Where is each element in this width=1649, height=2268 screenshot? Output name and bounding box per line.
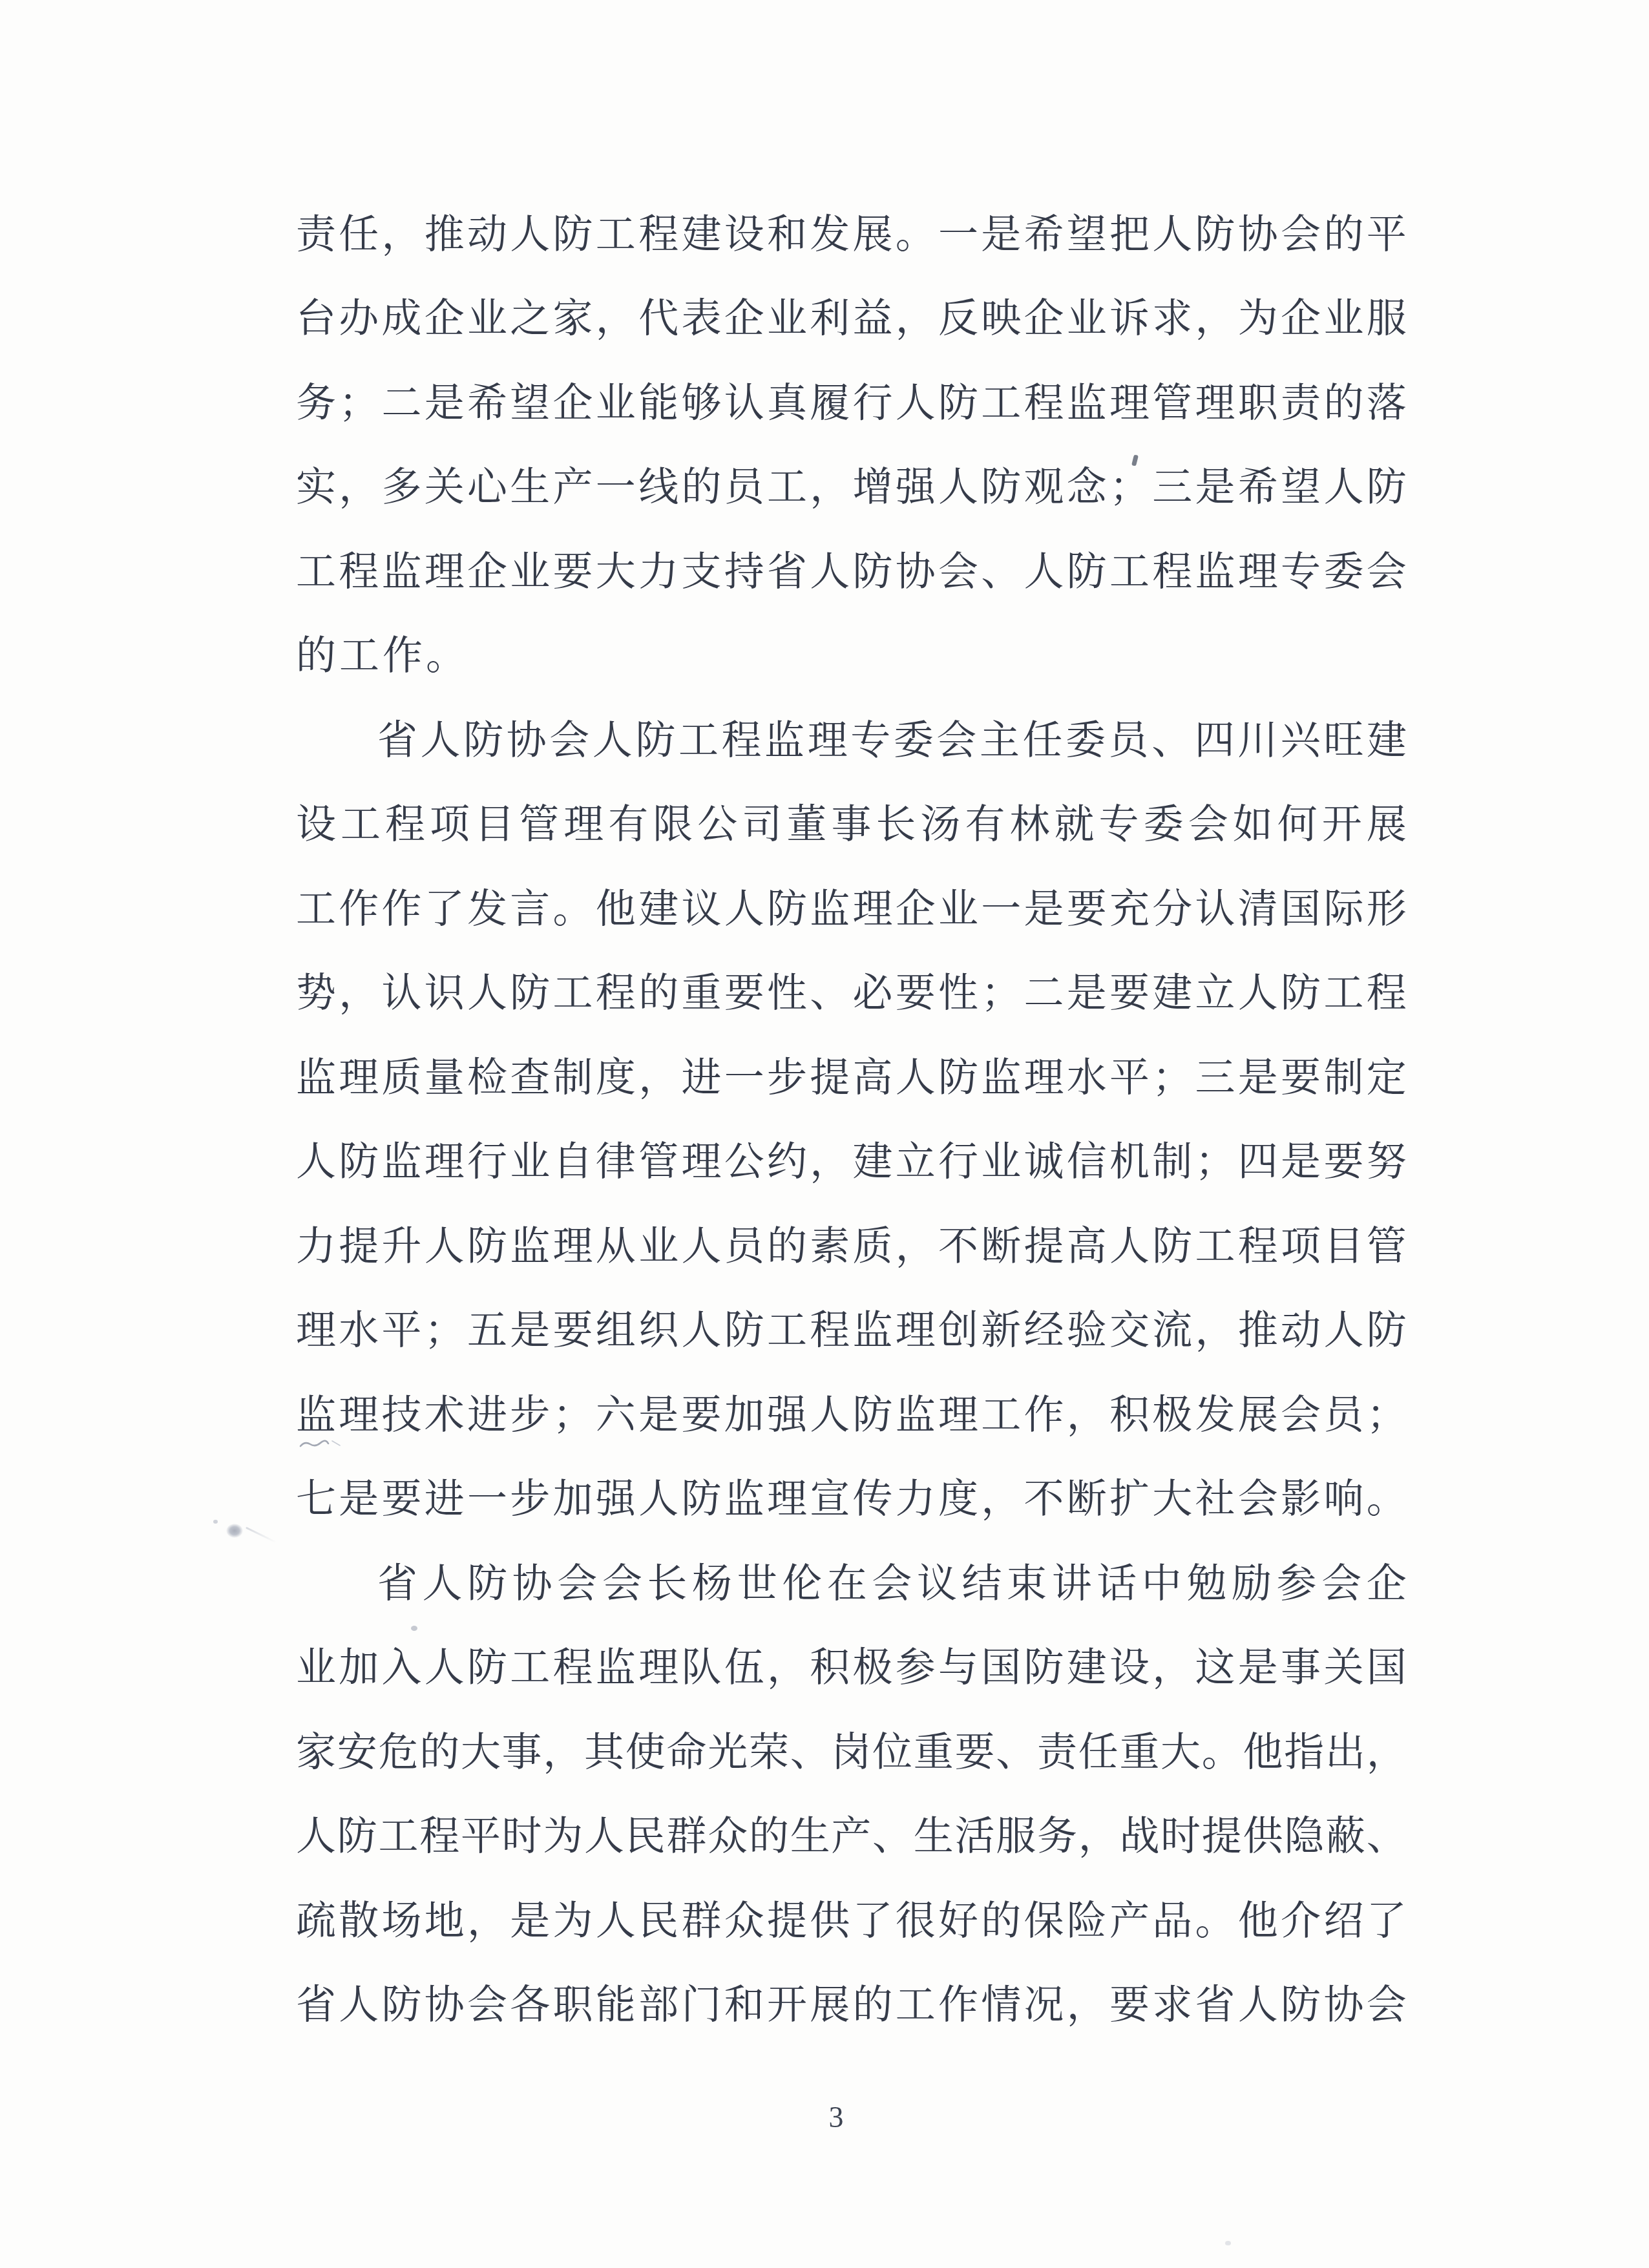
scanned-document-page: 责任，推动人防工程建设和发展。一是希望把人防协会的平 台办成企业之家，代表企业利…: [0, 0, 1649, 2268]
text-line: 力提升人防监理从业人员的素质，不断提高人防工程项目管: [296, 1201, 1407, 1285]
text-line: 台办成企业之家，代表企业利益，反映企业诉求，为企业服: [296, 273, 1407, 358]
ink-streak: [246, 1527, 277, 1543]
text-line: 疏散场地，是为人民群众提供了很好的保险产品。他介绍了: [296, 1875, 1407, 1960]
text-line: 七是要进一步加强人防监理宣传力度，不断扩大社会影响。: [296, 1454, 1407, 1538]
text-line: 人防监理行业自律管理公约，建立行业诚信机制；四是要努: [296, 1117, 1407, 1201]
ink-smudge: [226, 1524, 243, 1538]
text-line: 工作作了发言。他建议人防监理企业一是要充分认清国际形: [296, 863, 1407, 948]
text-line: 监理质量检查制度，进一步提高人防监理水平；三是要制定: [296, 1032, 1407, 1117]
ink-speck: [213, 1520, 218, 1524]
text-line: 家安危的大事，其使命光荣、岗位重要、责任重大。他指出，: [296, 1706, 1407, 1791]
text-line: 监理技术进步；六是要加强人防监理工作，积极发展会员；: [296, 1369, 1407, 1454]
ink-speck: [1225, 2241, 1231, 2245]
text-line: 责任，推动人防工程建设和发展。一是希望把人防协会的平: [296, 189, 1407, 273]
text-line: 的工作。: [296, 611, 1407, 695]
document-body: 责任，推动人防工程建设和发展。一是希望把人防协会的平 台办成企业之家，代表企业利…: [296, 189, 1407, 2044]
text-line: 省人防协会人防工程监理专委会主任委员、四川兴旺建: [296, 695, 1407, 779]
text-line: 实，多关心生产一线的员工，增强人防观念；三是希望人防: [296, 442, 1407, 527]
text-line: 省人防协会各职能部门和开展的工作情况，要求省人防协会: [296, 1960, 1407, 2044]
text-line: 务；二是希望企业能够认真履行人防工程监理管理职责的落: [296, 357, 1407, 442]
text-line: 设工程项目管理有限公司董事长汤有林就专委会如何开展: [296, 779, 1407, 864]
text-line: 省人防协会会长杨世伦在会议结束讲话中勉励参会企: [296, 1538, 1407, 1622]
text-line: 人防工程平时为人民群众的生产、生活服务，战时提供隐蔽、: [296, 1791, 1407, 1876]
page-number: 3: [12, 2101, 1649, 2134]
text-line: 理水平；五是要组织人防工程监理创新经验交流，推动人防: [296, 1285, 1407, 1370]
text-line: 工程监理企业要大力支持省人防协会、人防工程监理专委会: [296, 526, 1407, 611]
text-line: 业加入人防工程监理队伍，积极参与国防建设，这是事关国: [296, 1622, 1407, 1707]
text-line: 势，认识人防工程的重要性、必要性；二是要建立人防工程: [296, 948, 1407, 1033]
